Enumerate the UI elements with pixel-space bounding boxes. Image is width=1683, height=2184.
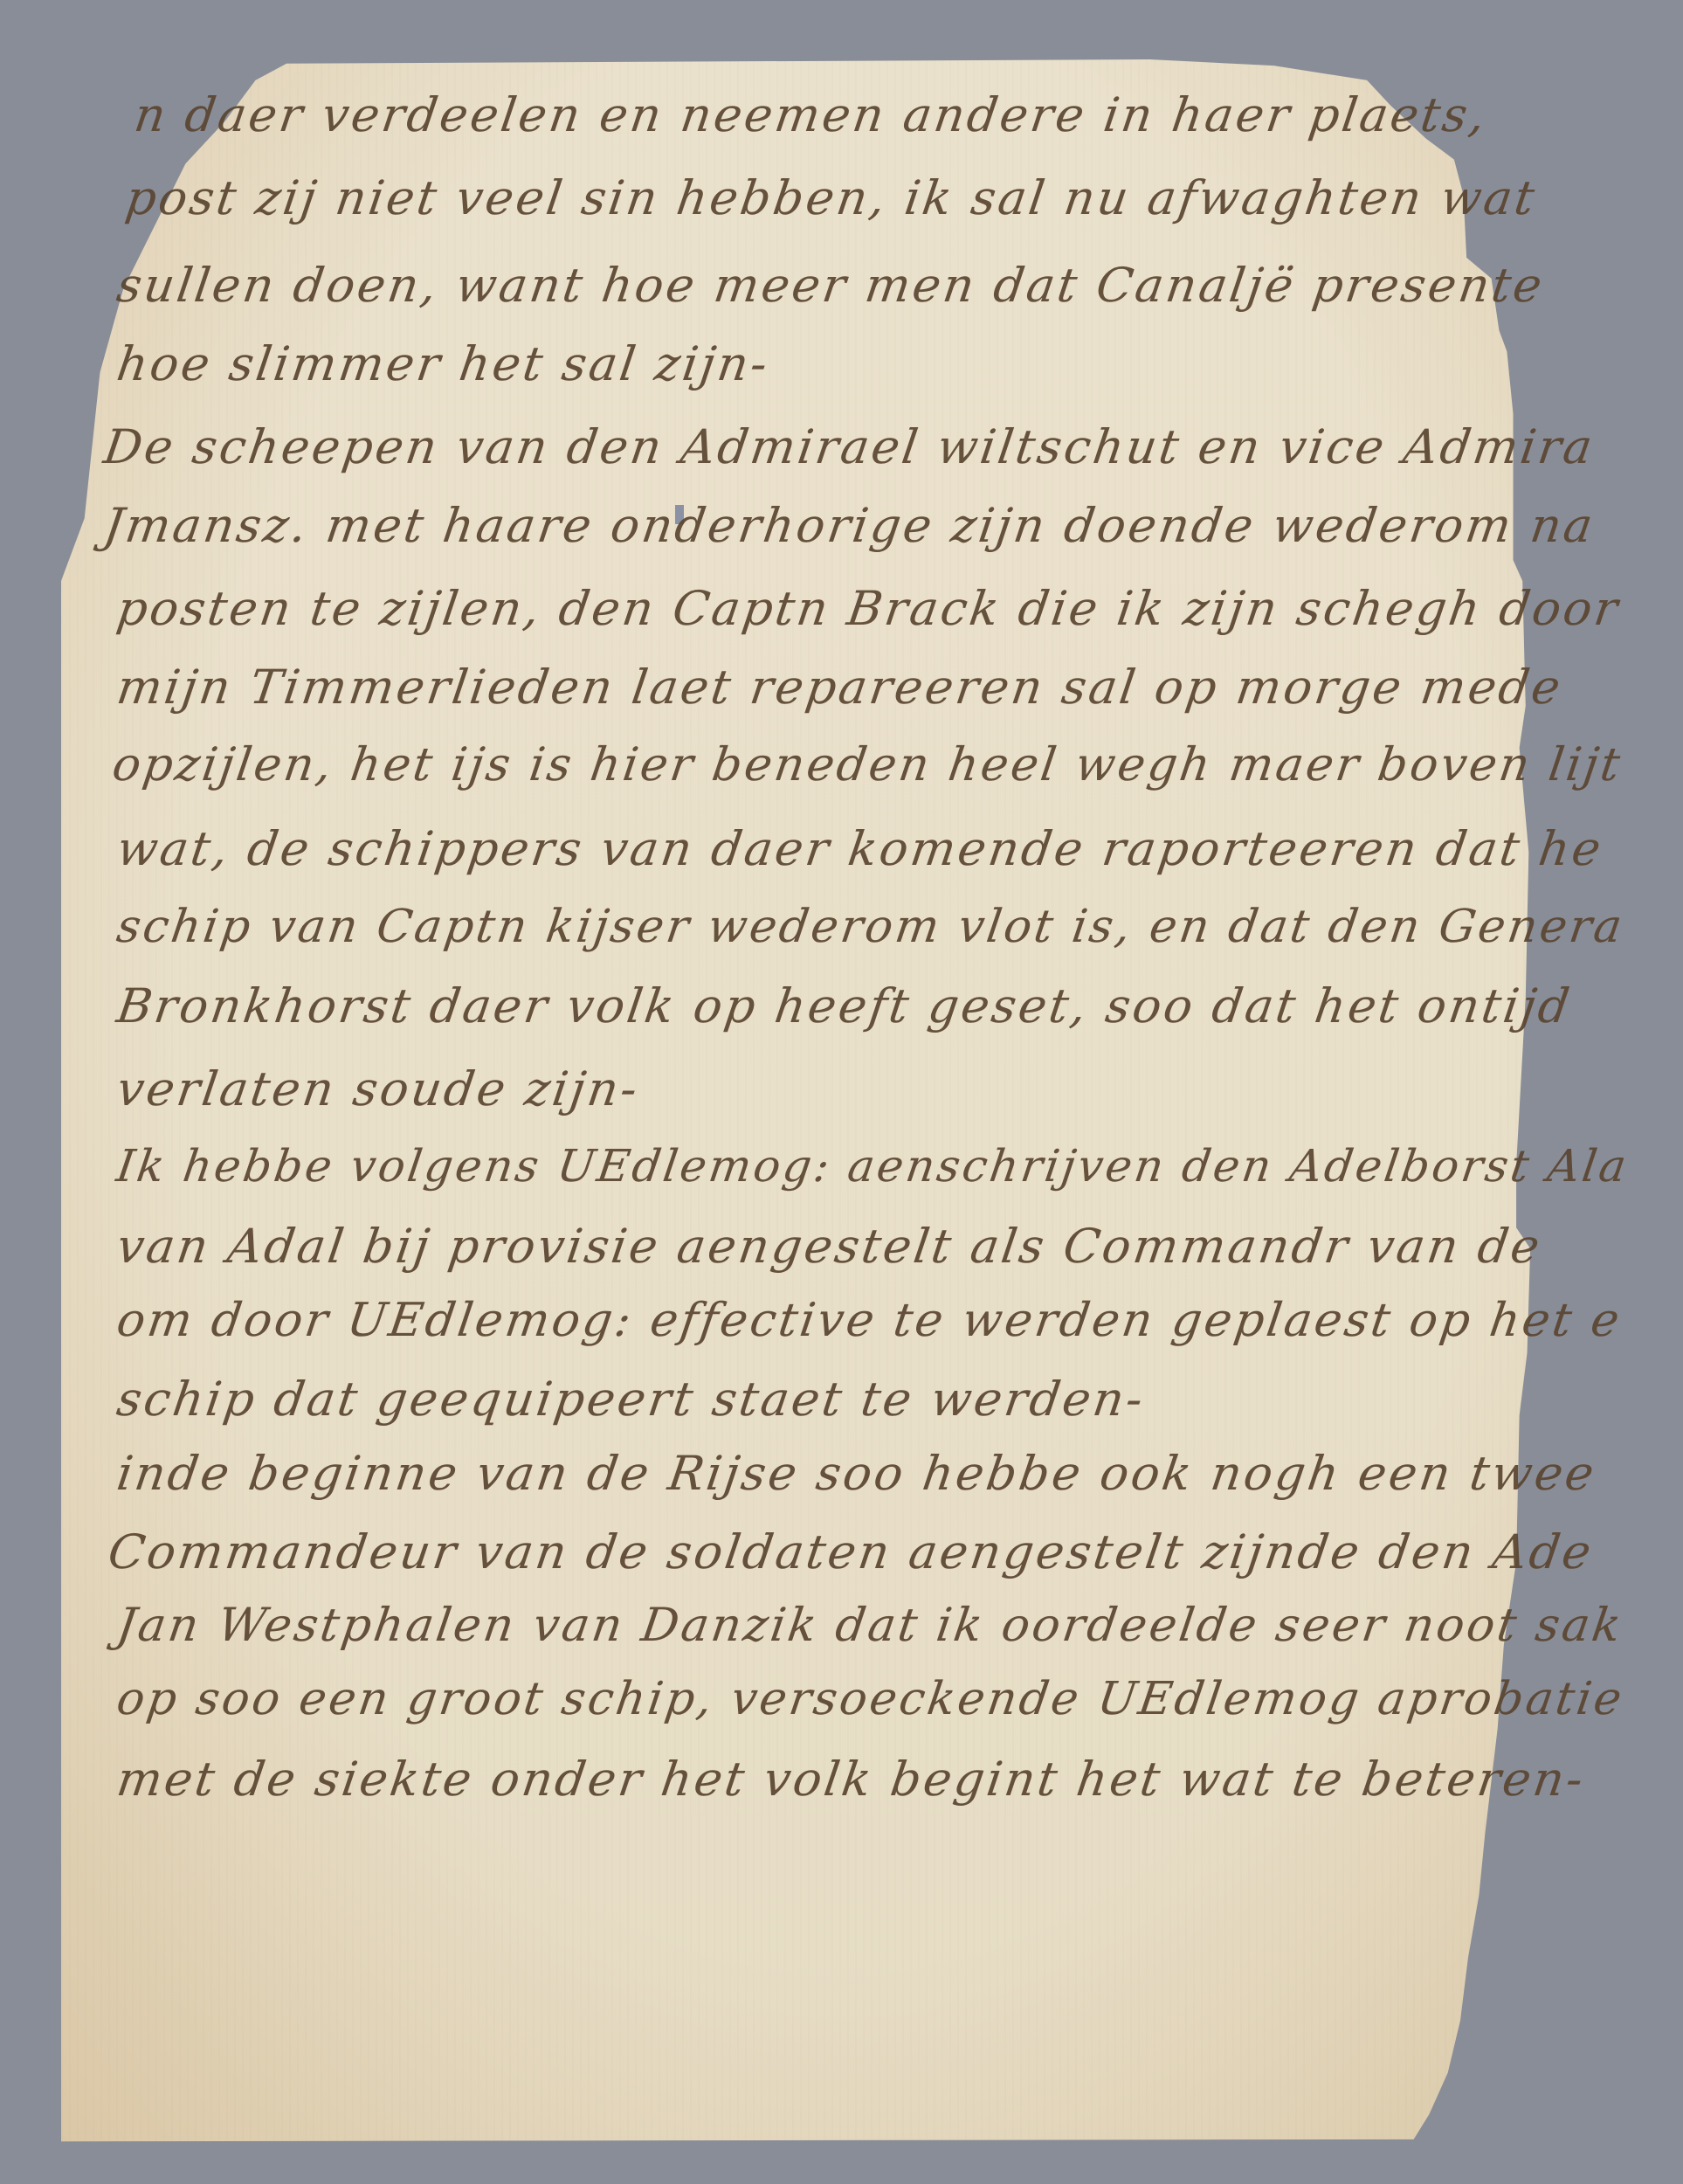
manuscript-line-11: schip van Captn kijser wederom vlot is, … — [114, 900, 1628, 953]
manuscript-line-19: Commandeur van de soldaten aengestelt zi… — [105, 1524, 1597, 1579]
manuscript-line-6: Jmansz. met haare onderhorige zijn doend… — [100, 498, 1598, 553]
manuscript-line-16: om door UEdlemog: effective te werden ge… — [114, 1293, 1625, 1347]
manuscript-line-22: met de siekte onder het volk begint het … — [114, 1752, 1589, 1807]
manuscript-line-13: verlaten soude zijn- — [114, 1061, 643, 1116]
manuscript-line-17: schip dat geequipeert staet te werden- — [114, 1372, 1148, 1427]
manuscript-line-5: De scheepen van den Admirael wiltschut e… — [100, 419, 1598, 474]
manuscript-line-14: Ik hebbe volgens UEdlemog: aenschrijven … — [114, 1140, 1632, 1192]
manuscript-line-7: posten te zijlen, den Captn Brack die ik… — [114, 581, 1624, 636]
manuscript-line-8: mijn Timmerlieden laet repareeren sal op… — [114, 660, 1566, 715]
manuscript-line-4: hoe slimmer het sal zijn- — [114, 336, 773, 391]
manuscript-line-20: Jan Westphalen van Danzik dat ik oordeel… — [114, 1599, 1627, 1652]
manuscript-line-2: post zij niet veel sin hebben, ik sal nu… — [122, 170, 1541, 225]
manuscript-line-3: sullen doen, want hoe meer men dat Canal… — [114, 258, 1548, 313]
manuscript-line-12: Bronkhorst daer volk op heeft geset, soo… — [114, 978, 1576, 1033]
manuscript-line-9: opzijlen, het ijs is hier beneden heel w… — [109, 738, 1625, 791]
manuscript-line-1: n daer verdeelen en neemen andere in hae… — [131, 87, 1491, 142]
manuscript-line-21: op soo een groot schip, versoeckende UEd… — [114, 1673, 1627, 1725]
manuscript-line-15: van Adal bij provisie aengestelt als Com… — [114, 1219, 1545, 1274]
manuscript-line-10: wat, de schippers van daer komende rapor… — [114, 821, 1607, 876]
manuscript-line-18: inde beginne van de Rijse soo hebbe ook … — [114, 1446, 1600, 1501]
